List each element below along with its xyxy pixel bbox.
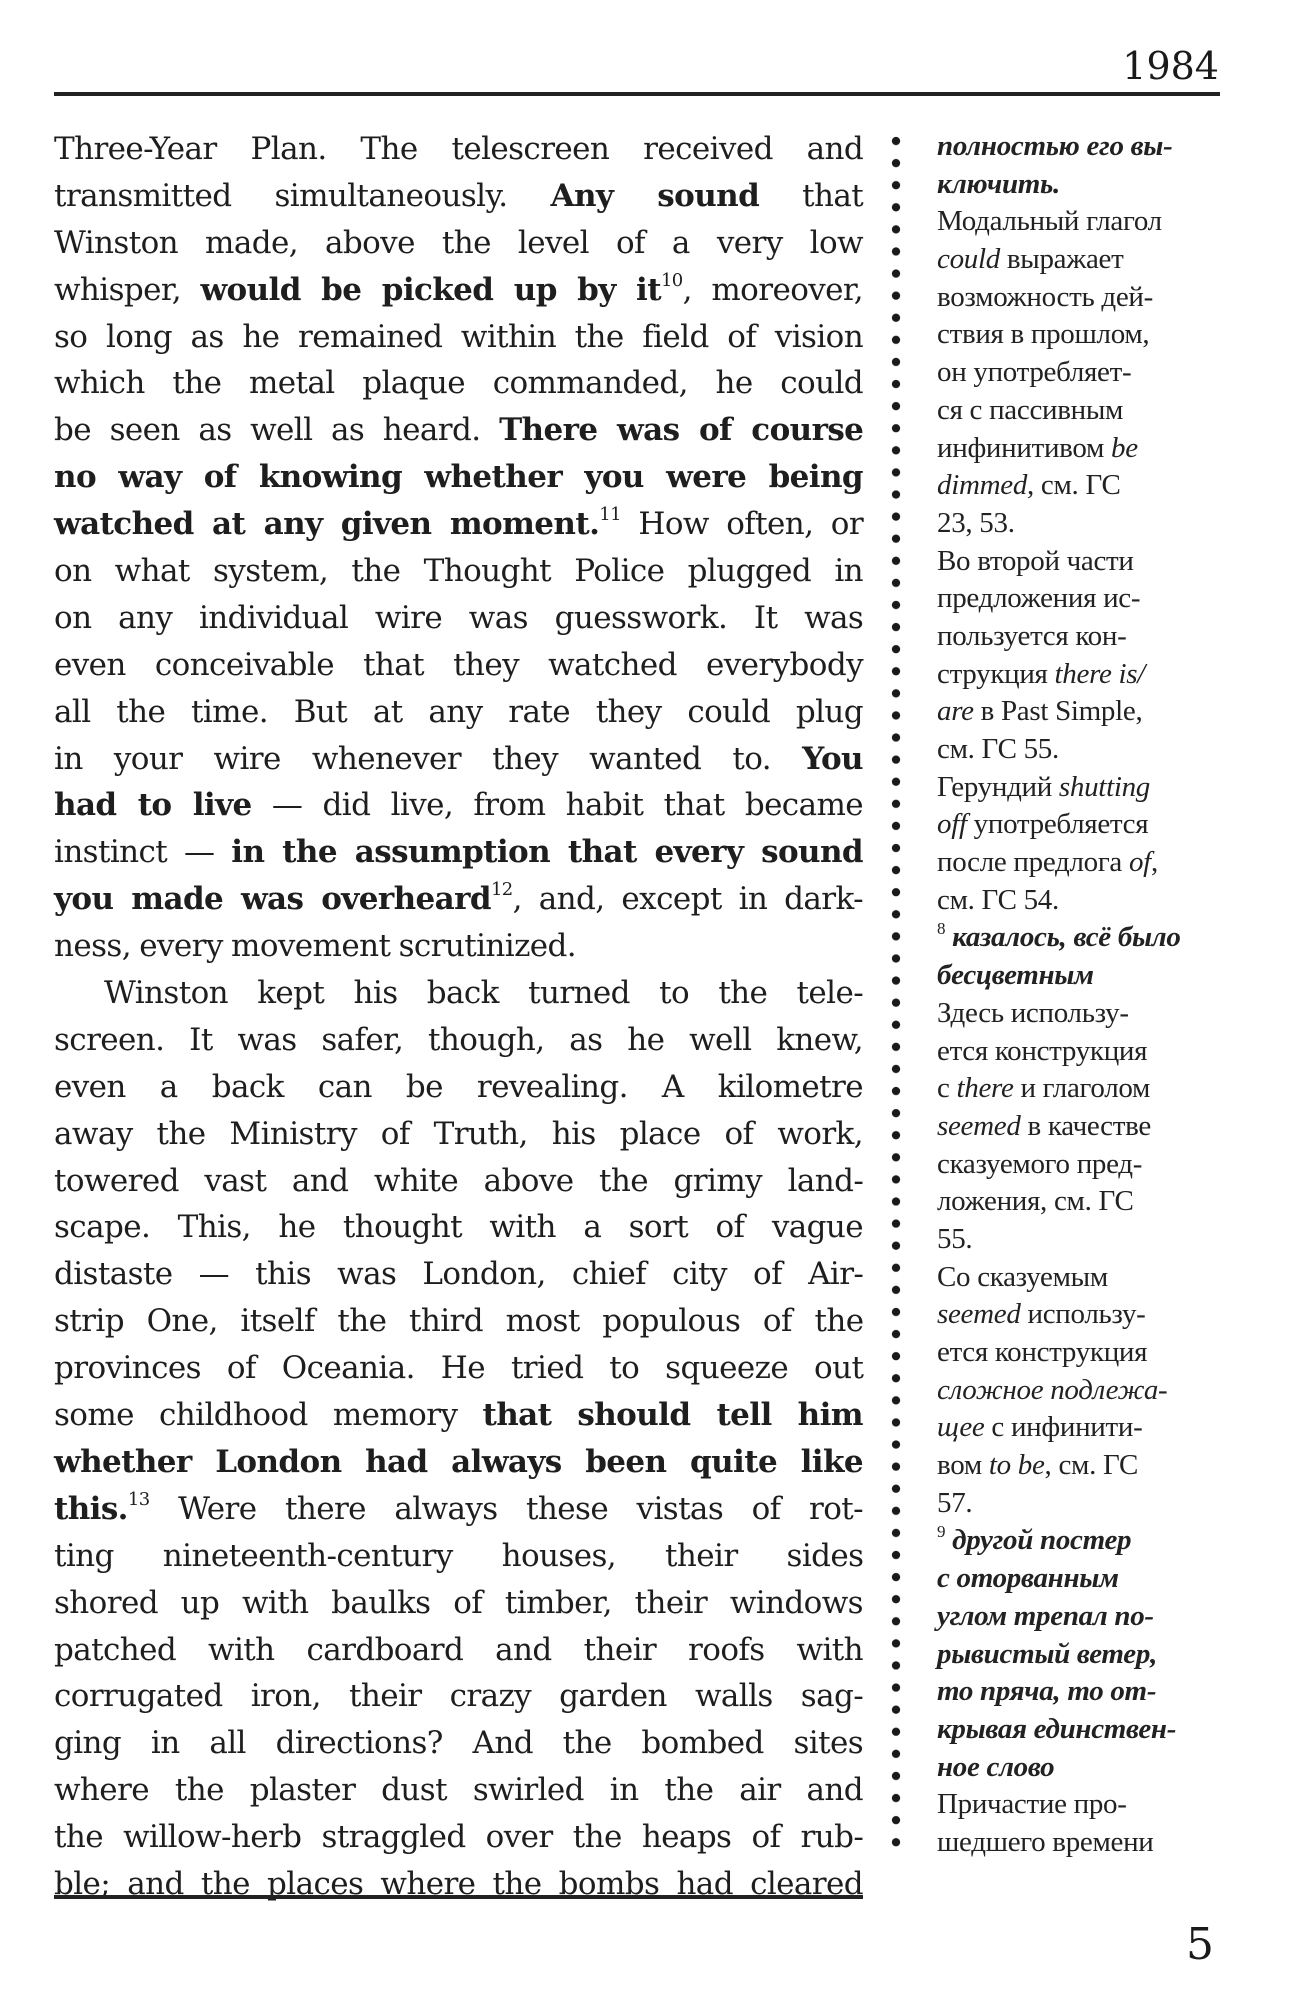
text-line: вом to be, см. ГС <box>937 1447 1257 1485</box>
text-segment: 57. <box>937 1487 972 1519</box>
text-segment: ting nineteenth-century houses, their si… <box>54 1538 863 1574</box>
text-segment: the willow-herb straggled over the heaps… <box>54 1819 863 1855</box>
text-line: which the metal plaque commanded, he cou… <box>54 360 863 407</box>
text-segment: 23, 53. <box>937 507 1015 539</box>
text-line: scape. This, he thought with a sort of v… <box>54 1204 863 1251</box>
emphasized-text: рывистый ветер, <box>937 1638 1157 1670</box>
text-line: seemed использу- <box>937 1296 1257 1334</box>
text-line: сказуемого пред- <box>937 1146 1257 1184</box>
text-segment: ness, every movement scrutinized. <box>54 928 576 964</box>
emphasized-text: you made was overheard <box>54 881 491 917</box>
text-segment: even a back can be revealing. A kilometr… <box>54 1069 863 1105</box>
text-segment: Герундий <box>937 771 1059 803</box>
text-segment: ется конструкция <box>937 1035 1147 1067</box>
emphasized-text: You <box>802 741 863 777</box>
text-line: so long as he remained within the field … <box>54 314 863 361</box>
footnote-marker: 11 <box>599 504 621 525</box>
text-segment: Со сказуемым <box>937 1261 1108 1293</box>
text-segment: screen. It was safer, though, as he well… <box>54 1022 863 1058</box>
text-segment: шедшего времени <box>937 1826 1154 1858</box>
text-segment: in your wire whenever they wanted to. <box>54 741 802 777</box>
text-segment: употребляется <box>967 808 1149 840</box>
text-line: whether London had always been quite lik… <box>54 1439 863 1486</box>
text-line: ется конструкция <box>937 1033 1257 1071</box>
text-line: пользуется кон- <box>937 618 1257 656</box>
text-segment: instinct — <box>54 834 231 870</box>
text-segment: — did live, from habit that became <box>252 787 863 823</box>
emphasized-text: dimmed <box>937 469 1027 501</box>
text-segment: Во второй части <box>937 545 1134 577</box>
text-segment: Причастие про- <box>937 1788 1127 1820</box>
text-segment: transmitted simultaneously. <box>54 178 551 214</box>
emphasized-text: this. <box>54 1491 128 1527</box>
text-segment: some childhood memory <box>54 1397 482 1433</box>
page-number: 5 <box>1186 1920 1214 1970</box>
text-line: ложения, см. ГС <box>937 1183 1257 1221</box>
emphasized-text: сложное подлежа- <box>937 1374 1167 1406</box>
emphasized-text: с оторванным <box>937 1562 1119 1594</box>
emphasized-text: то пряча, то от- <box>937 1675 1156 1707</box>
text-segment: , moreover, <box>683 272 863 308</box>
text-line: с оторванным <box>937 1560 1257 1598</box>
text-line: после предлога of, <box>937 844 1257 882</box>
emphasized-text: seemed <box>937 1298 1021 1330</box>
text-line: on what system, the Thought Police plugg… <box>54 548 863 595</box>
emphasized-text: had to live <box>54 787 252 823</box>
text-segment: сказуемого пред- <box>937 1148 1142 1180</box>
emphasized-text: off <box>937 808 967 840</box>
text-line: см. ГС 55. <box>937 731 1257 769</box>
text-line: Со сказуемым <box>937 1259 1257 1297</box>
emphasized-text: be <box>1111 432 1138 464</box>
text-line: 55. <box>937 1221 1257 1259</box>
footnote-marker: 10 <box>661 270 683 291</box>
text-line: instinct — in the assumption that every … <box>54 829 863 876</box>
text-line: off употребляется <box>937 806 1257 844</box>
text-segment: patched with cardboard and their roofs w… <box>54 1632 863 1668</box>
text-line: had to live — did live, from habit that … <box>54 782 863 829</box>
text-line: возможность дей- <box>937 279 1257 317</box>
emphasized-text: are <box>937 695 974 727</box>
text-line: be seen as well as heard. There was of c… <box>54 407 863 454</box>
emphasized-text: would be picked up by it <box>200 272 661 308</box>
main-text-column: Three-Year Plan. The telescreen received… <box>54 126 863 1908</box>
text-segment: Winston kept his back turned to the tele… <box>104 975 863 1011</box>
text-line: Здесь использу- <box>937 995 1257 1033</box>
text-line: Модальный глагол <box>937 203 1257 241</box>
text-line: ключить. <box>937 166 1257 204</box>
text-line: 57. <box>937 1485 1257 1523</box>
emphasized-text: казалось, всё было <box>945 921 1180 953</box>
text-line: are в Past Simple, <box>937 693 1257 731</box>
side-notes-column: полностью его вы-ключить.Модальный глаго… <box>937 128 1257 1862</box>
header-rule <box>54 92 1220 96</box>
text-line: distaste — this was London, chief city o… <box>54 1251 863 1298</box>
emphasized-text: there <box>957 1072 1014 1104</box>
text-segment: ging in all directions? And the bombed s… <box>54 1725 863 1761</box>
text-line: рывистый ветер, <box>937 1636 1257 1674</box>
emphasized-text: in the assumption that every sound <box>231 834 863 870</box>
text-segment: be seen as well as heard. <box>54 412 499 448</box>
text-segment: that <box>759 178 863 214</box>
text-line: all the time. But at any rate they could… <box>54 689 863 736</box>
emphasized-text: no way of knowing whether you were being <box>54 459 863 495</box>
text-segment: ется конструкция <box>937 1336 1147 1368</box>
running-head: 1984 <box>1122 44 1219 88</box>
text-line: seemed в качестве <box>937 1108 1257 1146</box>
text-line: could выражает <box>937 241 1257 279</box>
emphasized-text: that should tell him <box>482 1397 863 1433</box>
text-segment: , см. ГС <box>1045 1449 1139 1481</box>
text-line: ting nineteenth-century houses, their si… <box>54 1533 863 1580</box>
text-line: ging in all directions? And the bombed s… <box>54 1720 863 1767</box>
emphasized-text: ключить. <box>937 168 1060 200</box>
text-segment: струкция <box>937 658 1055 690</box>
text-line: in your wire whenever they wanted to. Yo… <box>54 736 863 783</box>
text-segment: выражает <box>1000 243 1124 275</box>
text-segment: where the plaster dust swirled in the ai… <box>54 1772 863 1808</box>
text-segment: ложения, см. ГС <box>937 1185 1134 1217</box>
text-line: dimmed, см. ГС <box>937 467 1257 505</box>
text-segment: away the Ministry of Truth, his place of… <box>54 1116 863 1152</box>
emphasized-text: Any sound <box>551 178 760 214</box>
emphasized-text: to be <box>989 1449 1045 1481</box>
emphasized-text: ное слово <box>937 1751 1054 1783</box>
text-segment: Модальный глагол <box>937 205 1162 237</box>
text-segment: предложения ис- <box>937 582 1140 614</box>
text-line: screen. It was safer, though, as he well… <box>54 1017 863 1064</box>
emphasized-text: watched at any given moment. <box>54 506 599 542</box>
text-segment: Three-Year Plan. The telescreen received… <box>54 131 863 167</box>
text-line: Причастие про- <box>937 1786 1257 1824</box>
text-line: transmitted simultaneously. Any sound th… <box>54 173 863 220</box>
footer-rule <box>54 1895 863 1899</box>
text-line: this.13 Were there always these vistas o… <box>54 1486 863 1533</box>
text-segment: пользуется кон- <box>937 620 1126 652</box>
text-line: away the Ministry of Truth, his place of… <box>54 1111 863 1158</box>
text-line: ется конструкция <box>937 1334 1257 1372</box>
emphasized-text: seemed <box>937 1110 1021 1142</box>
emphasized-text: другой постер <box>945 1524 1131 1556</box>
text-line: углом трепал по- <box>937 1598 1257 1636</box>
text-line: струкция there is/ <box>937 656 1257 694</box>
emphasized-text: there is/ <box>1055 658 1145 690</box>
text-line: с there и глаголом <box>937 1070 1257 1108</box>
text-line: предложения ис- <box>937 580 1257 618</box>
footnote-marker: 8 <box>937 919 945 938</box>
text-segment: Winston made, above the level of a very … <box>54 225 863 261</box>
text-segment: в качестве <box>1021 1110 1151 1142</box>
text-line: you made was overheard12, and, except in… <box>54 876 863 923</box>
footnote-marker: 12 <box>491 879 513 900</box>
text-line: towered vast and white above the grimy l… <box>54 1158 863 1205</box>
text-line: Во второй части <box>937 543 1257 581</box>
text-line: no way of knowing whether you were being <box>54 454 863 501</box>
text-segment: , <box>1151 846 1158 878</box>
text-segment: so long as he remained within the field … <box>54 319 863 355</box>
emphasized-text: щее <box>937 1411 984 1443</box>
text-segment: вом <box>937 1449 989 1481</box>
text-line: strip One, itself the third most populou… <box>54 1298 863 1345</box>
emphasized-text: could <box>937 243 1000 275</box>
text-line: Герундий shutting <box>937 769 1257 807</box>
text-segment: on any individual wire was guesswork. It… <box>54 600 863 636</box>
text-segment: distaste — this was London, chief city o… <box>54 1256 863 1292</box>
text-line: corrugated iron, their crazy garden wall… <box>54 1673 863 1720</box>
text-segment: , and, except in dark- <box>513 881 863 917</box>
text-line: ness, every movement scrutinized. <box>54 923 863 970</box>
emphasized-text: полностью его вы- <box>937 130 1172 162</box>
text-line: whisper, would be picked up by it10, mor… <box>54 267 863 314</box>
emphasized-text: крывая единствен- <box>937 1713 1176 1745</box>
text-segment: scape. This, he thought with a sort of v… <box>54 1209 863 1245</box>
emphasized-text: бесцветным <box>937 959 1094 991</box>
text-line: provinces of Oceania. He tried to squeez… <box>54 1345 863 1392</box>
text-segment: ся с пассивным <box>937 394 1123 426</box>
text-segment: all the time. But at any rate they could… <box>54 694 863 730</box>
text-segment: использу- <box>1021 1298 1146 1330</box>
text-segment: Здесь использу- <box>937 997 1129 1029</box>
emphasized-text: shutting <box>1059 771 1150 803</box>
text-line: шедшего времени <box>937 1824 1257 1862</box>
text-line: 23, 53. <box>937 505 1257 543</box>
text-line: 8 казалось, всё было <box>937 919 1257 957</box>
text-line: бесцветным <box>937 957 1257 995</box>
text-line: on any individual wire was guesswork. It… <box>54 595 863 642</box>
dotted-column-separator <box>891 136 901 1860</box>
text-line: инфинитивом be <box>937 430 1257 468</box>
footnote-marker: 9 <box>937 1522 945 1541</box>
text-line: ное слово <box>937 1749 1257 1787</box>
text-segment: even conceivable that they watched every… <box>54 647 863 683</box>
footnote-marker: 13 <box>128 1489 150 1510</box>
text-line: shored up with baulks of timber, their w… <box>54 1580 863 1627</box>
emphasized-text: of <box>1129 846 1151 878</box>
emphasized-text: whether London had always been quite lik… <box>54 1444 863 1480</box>
text-segment: инфинитивом <box>937 432 1111 464</box>
text-segment: см. ГС 55. <box>937 733 1059 765</box>
text-segment: в Past Simple, <box>974 695 1143 727</box>
text-segment: после предлога <box>937 846 1129 878</box>
text-segment: on what system, the Thought Police plugg… <box>54 553 863 589</box>
text-line: полностью его вы- <box>937 128 1257 166</box>
text-line: щее с инфинити- <box>937 1409 1257 1447</box>
text-segment: см. ГС 54. <box>937 884 1059 916</box>
text-segment: с <box>937 1072 957 1104</box>
text-segment: с инфинити- <box>984 1411 1142 1443</box>
emphasized-text: There was of course <box>499 412 863 448</box>
text-line: the willow-herb straggled over the heaps… <box>54 1814 863 1861</box>
text-line: watched at any given moment.11 How often… <box>54 501 863 548</box>
text-segment: 55. <box>937 1223 972 1255</box>
text-line: Three-Year Plan. The telescreen received… <box>54 126 863 173</box>
text-line: крывая единствен- <box>937 1711 1257 1749</box>
text-segment: и глаголом <box>1014 1072 1151 1104</box>
text-segment: which the metal plaque commanded, he cou… <box>54 365 863 401</box>
text-segment: corrugated iron, their crazy garden wall… <box>54 1678 863 1714</box>
text-line: where the plaster dust swirled in the ai… <box>54 1767 863 1814</box>
text-line: он употребляет- <box>937 354 1257 392</box>
text-segment: ствия в прошлом, <box>937 318 1149 350</box>
text-line: ble; and the places where the bombs had … <box>54 1861 863 1908</box>
text-segment: Were there always these vistas of rot- <box>150 1491 863 1527</box>
text-line: то пряча, то от- <box>937 1673 1257 1711</box>
text-line: even a back can be revealing. A kilometr… <box>54 1064 863 1111</box>
text-line: even conceivable that they watched every… <box>54 642 863 689</box>
text-line: см. ГС 54. <box>937 882 1257 920</box>
text-line: 9 другой постер <box>937 1522 1257 1560</box>
text-segment: strip One, itself the third most populou… <box>54 1303 863 1339</box>
text-segment: provinces of Oceania. He tried to squeez… <box>54 1350 863 1386</box>
text-line: сложное подлежа- <box>937 1372 1257 1410</box>
text-line: patched with cardboard and their roofs w… <box>54 1627 863 1674</box>
text-segment: возможность дей- <box>937 281 1153 313</box>
text-line: Winston kept his back turned to the tele… <box>54 970 863 1017</box>
text-segment: How often, or <box>621 506 863 542</box>
text-line: ствия в прошлом, <box>937 316 1257 354</box>
text-segment: towered vast and white above the grimy l… <box>54 1163 863 1199</box>
text-segment: shored up with baulks of timber, their w… <box>54 1585 863 1621</box>
text-segment: он употребляет- <box>937 356 1131 388</box>
text-line: Winston made, above the level of a very … <box>54 220 863 267</box>
text-line: ся с пассивным <box>937 392 1257 430</box>
text-segment: whisper, <box>54 272 200 308</box>
text-segment: , см. ГС <box>1027 469 1121 501</box>
emphasized-text: углом трепал по- <box>937 1600 1154 1632</box>
text-line: some childhood memory that should tell h… <box>54 1392 863 1439</box>
